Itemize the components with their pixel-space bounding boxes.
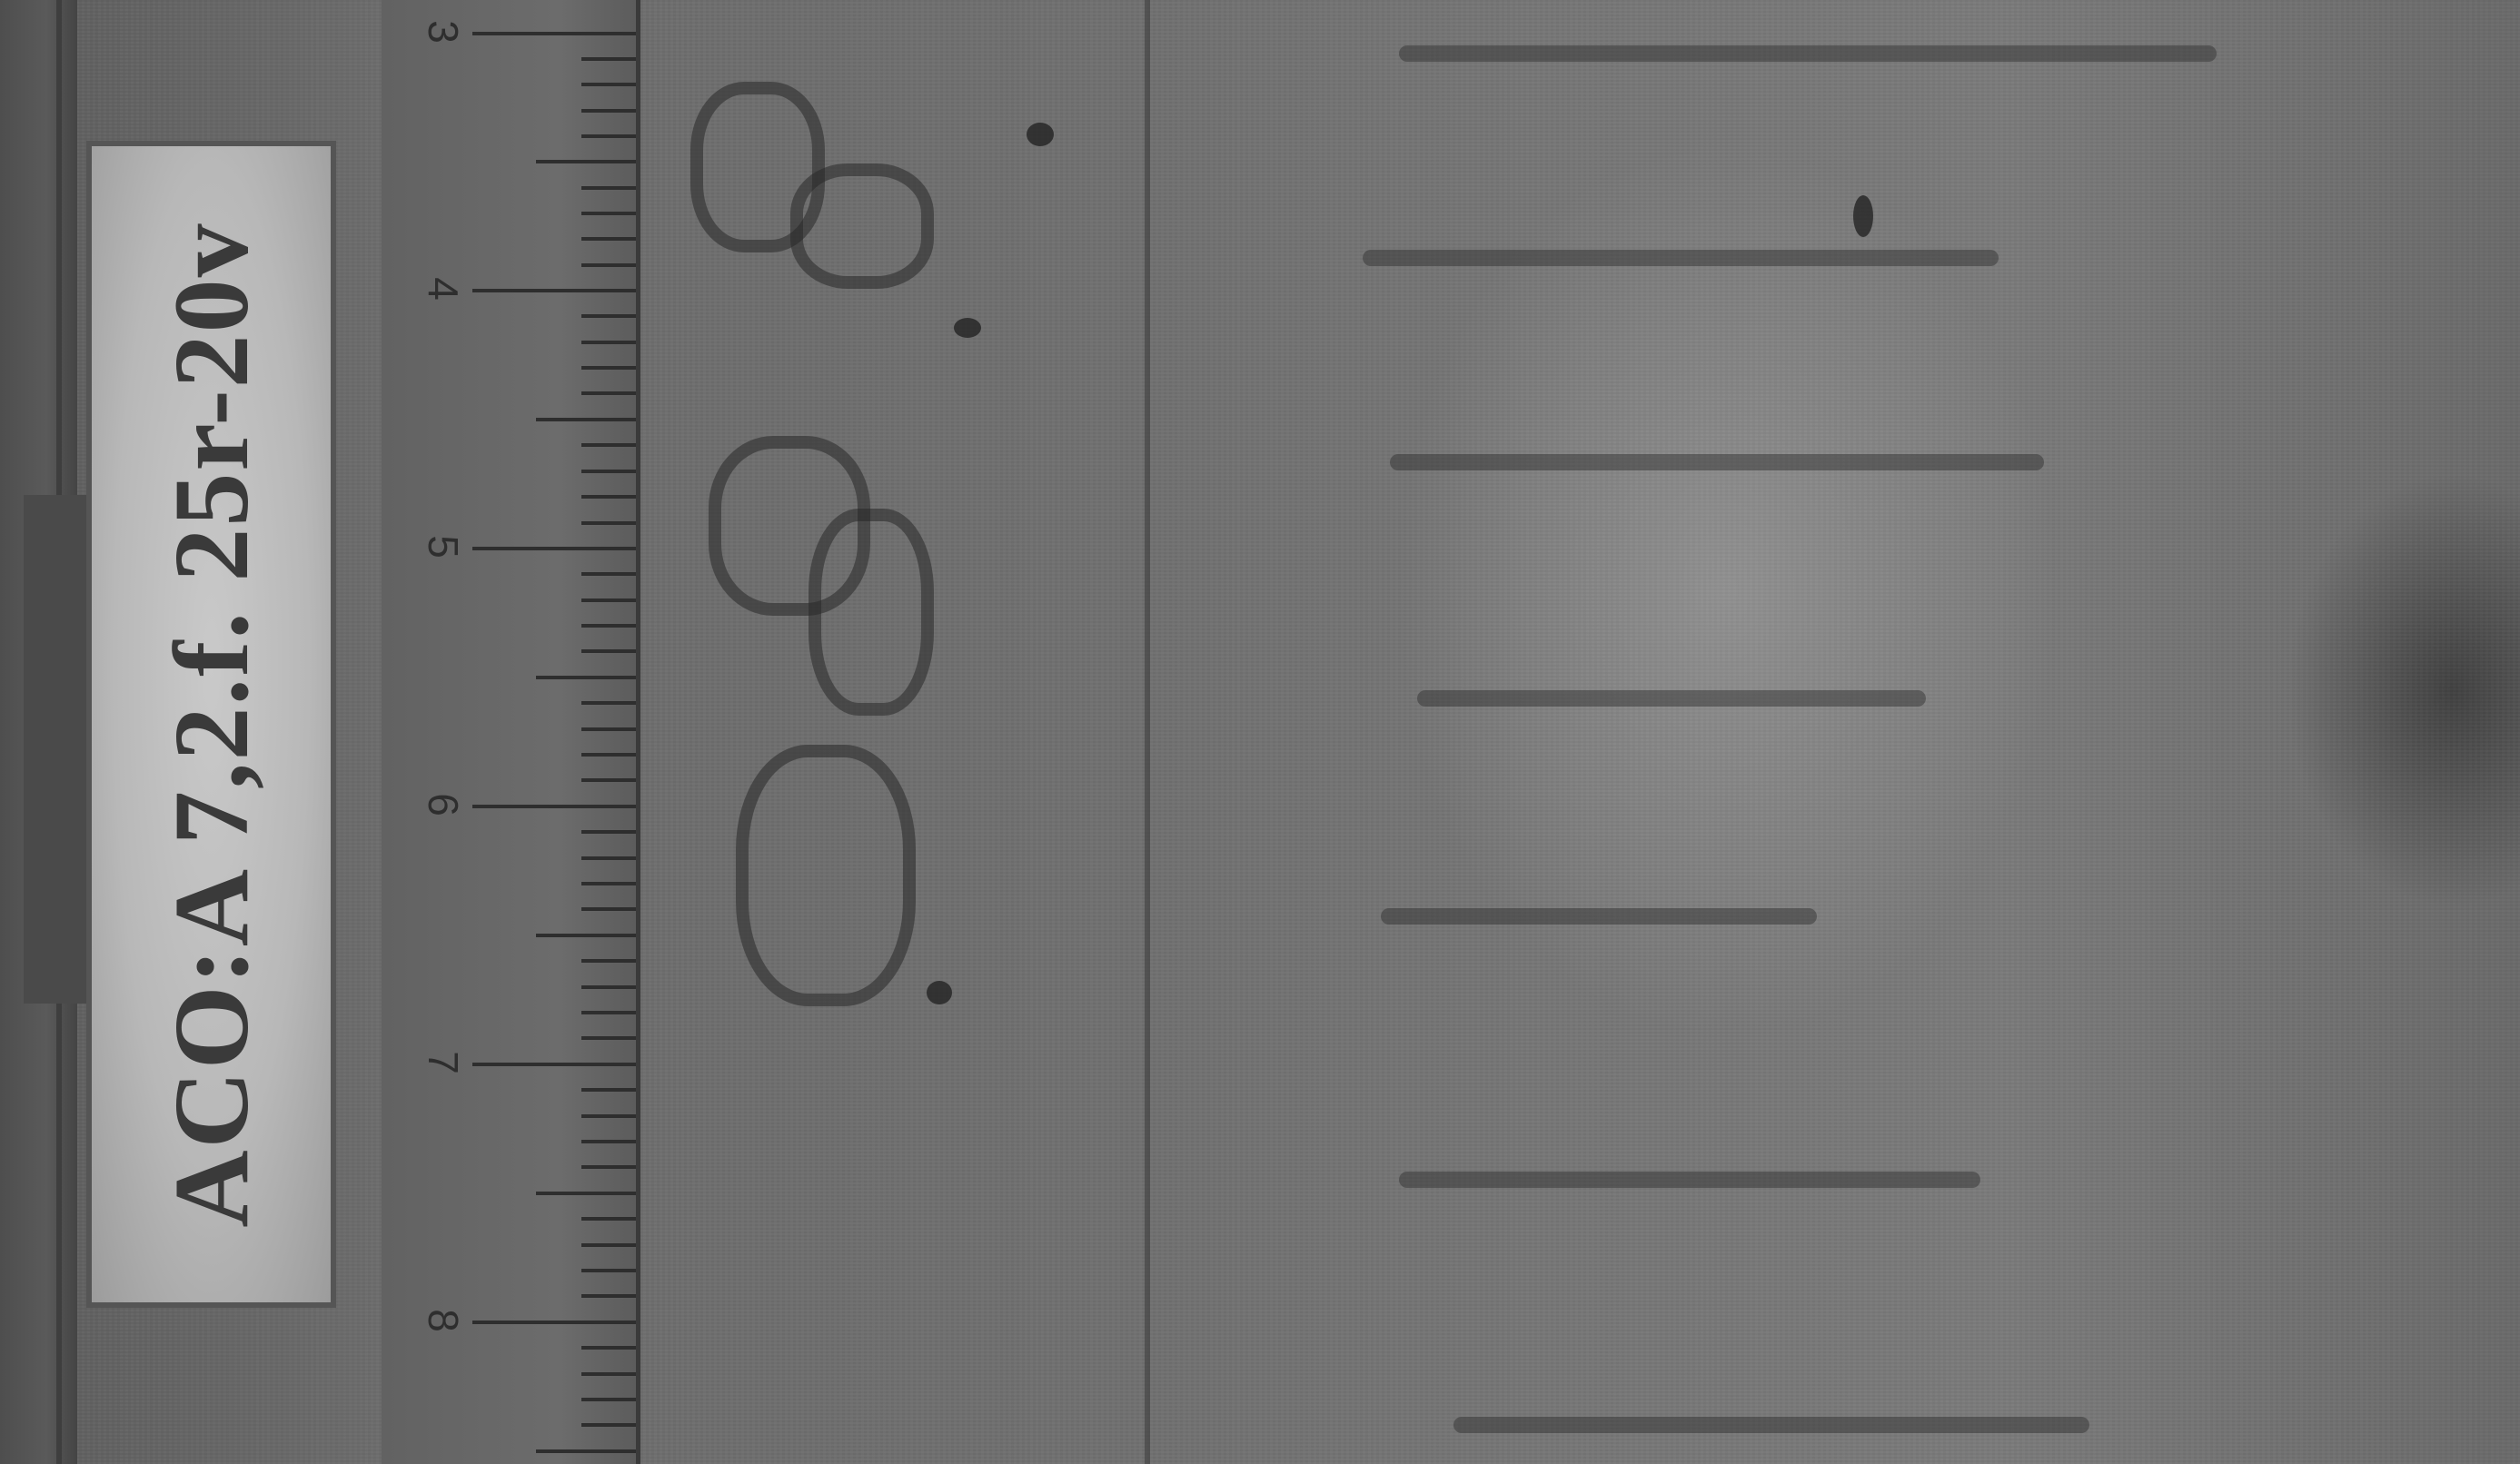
ruler-tick-mm bbox=[581, 134, 636, 138]
ink-blot bbox=[1027, 123, 1054, 146]
ruler-tick-mm bbox=[581, 830, 636, 834]
ruler-tick-mm bbox=[581, 1114, 636, 1118]
ruler-tick-mm bbox=[581, 1398, 636, 1401]
ruler-tick-mm bbox=[581, 649, 636, 653]
ruler-tick-mm bbox=[581, 1217, 636, 1221]
shelfmark-label-text: ACO:A 7,2.f. 25r-20v bbox=[150, 222, 273, 1227]
ruler-tick-cm bbox=[472, 547, 636, 550]
ruler-tick-cm bbox=[472, 1063, 636, 1066]
ink-blot bbox=[1853, 195, 1873, 237]
ruler-tick-mm bbox=[581, 470, 636, 473]
ruler-tick-cm bbox=[472, 805, 636, 808]
ruler-tick-mm bbox=[581, 907, 636, 911]
ruler-tick-cm bbox=[472, 289, 636, 292]
ruler-tick-mm bbox=[581, 57, 636, 61]
ruler-tick-mm bbox=[581, 443, 636, 447]
ruler-tick-mm bbox=[581, 495, 636, 499]
ruler-tick-mm bbox=[581, 856, 636, 860]
ruler-label-5: 5 bbox=[419, 535, 468, 559]
microfilm-frame: ACO:A 7,2.f. 25r-20v bbox=[0, 0, 2520, 1464]
ruler-tick-half bbox=[536, 160, 636, 163]
ruler-tick-mm bbox=[581, 624, 636, 628]
ruler-tick-mm bbox=[581, 1243, 636, 1247]
measurement-ruler: 3 4 5 6 7 8 bbox=[382, 0, 640, 1464]
ruler-tick-mm bbox=[581, 1294, 636, 1298]
ruler-tick-mm bbox=[581, 83, 636, 86]
ruler-tick-mm bbox=[581, 985, 636, 989]
ruler-tick-mm bbox=[581, 1346, 636, 1350]
ruler-tick-mm bbox=[581, 186, 636, 190]
ruler-tick-cm bbox=[472, 1321, 636, 1324]
ruler-tick-mm bbox=[581, 1140, 636, 1143]
ruler-tick-mm bbox=[581, 959, 636, 963]
script-stroke bbox=[809, 509, 934, 716]
ruler-tick-mm bbox=[581, 572, 636, 576]
script-line bbox=[1453, 1417, 2089, 1433]
ruler-tick-mm bbox=[581, 778, 636, 782]
ruler-tick-mm bbox=[581, 701, 636, 705]
ruler-tick-mm bbox=[581, 212, 636, 215]
ruler-tick-mm bbox=[581, 341, 636, 344]
ruler-tick-mm bbox=[581, 753, 636, 757]
ruler-tick-cm bbox=[472, 32, 636, 35]
ruler-tick-mm bbox=[581, 263, 636, 267]
manuscript-text-block bbox=[1181, 0, 2520, 1464]
shelfmark-label-card: ACO:A 7,2.f. 25r-20v bbox=[86, 141, 336, 1308]
script-stroke bbox=[736, 745, 916, 1006]
script-line bbox=[1390, 454, 2044, 470]
ruler-tick-mm bbox=[581, 109, 636, 113]
ruler-tick-mm bbox=[581, 1036, 636, 1040]
ink-blot bbox=[927, 981, 952, 1004]
ink-blot bbox=[954, 318, 981, 338]
ruler-tick-mm bbox=[581, 882, 636, 885]
ruler-tick-mm bbox=[581, 521, 636, 525]
ruler-tick-mm bbox=[581, 1011, 636, 1014]
script-line bbox=[1399, 45, 2217, 62]
script-line bbox=[1417, 690, 1926, 707]
ruler-tick-mm bbox=[581, 1165, 636, 1169]
ruler-tick-mm bbox=[581, 1423, 636, 1427]
ruler-tick-mm bbox=[581, 366, 636, 370]
script-line bbox=[1399, 1172, 1980, 1188]
ruler-label-3: 3 bbox=[419, 20, 468, 44]
script-stroke bbox=[790, 163, 934, 289]
ruler-tick-mm bbox=[581, 1269, 636, 1272]
ruler-label-8: 8 bbox=[419, 1309, 468, 1332]
script-line bbox=[1363, 250, 1999, 266]
ruler-tick-half bbox=[536, 1192, 636, 1195]
ruler-tick-mm bbox=[581, 727, 636, 731]
ruler-tick-mm bbox=[581, 1372, 636, 1376]
ruler-tick-mm bbox=[581, 391, 636, 395]
ruler-tick-mm bbox=[581, 237, 636, 241]
ruler-tick-half bbox=[536, 676, 636, 679]
ruler-label-4: 4 bbox=[419, 277, 468, 301]
ruler-tick-half bbox=[536, 934, 636, 937]
ruler-tick-mm bbox=[581, 314, 636, 318]
ruler-label-6: 6 bbox=[419, 793, 468, 816]
ruler-tick-mm bbox=[581, 1088, 636, 1092]
ruling-line bbox=[1145, 0, 1150, 1464]
ruler-label-7: 7 bbox=[419, 1051, 468, 1074]
ruler-tick-mm bbox=[581, 598, 636, 602]
manuscript-margin-script bbox=[654, 0, 1163, 1464]
ruler-tick-half bbox=[536, 418, 636, 421]
ruler-tick-half bbox=[536, 1449, 636, 1453]
script-line bbox=[1381, 908, 1817, 925]
